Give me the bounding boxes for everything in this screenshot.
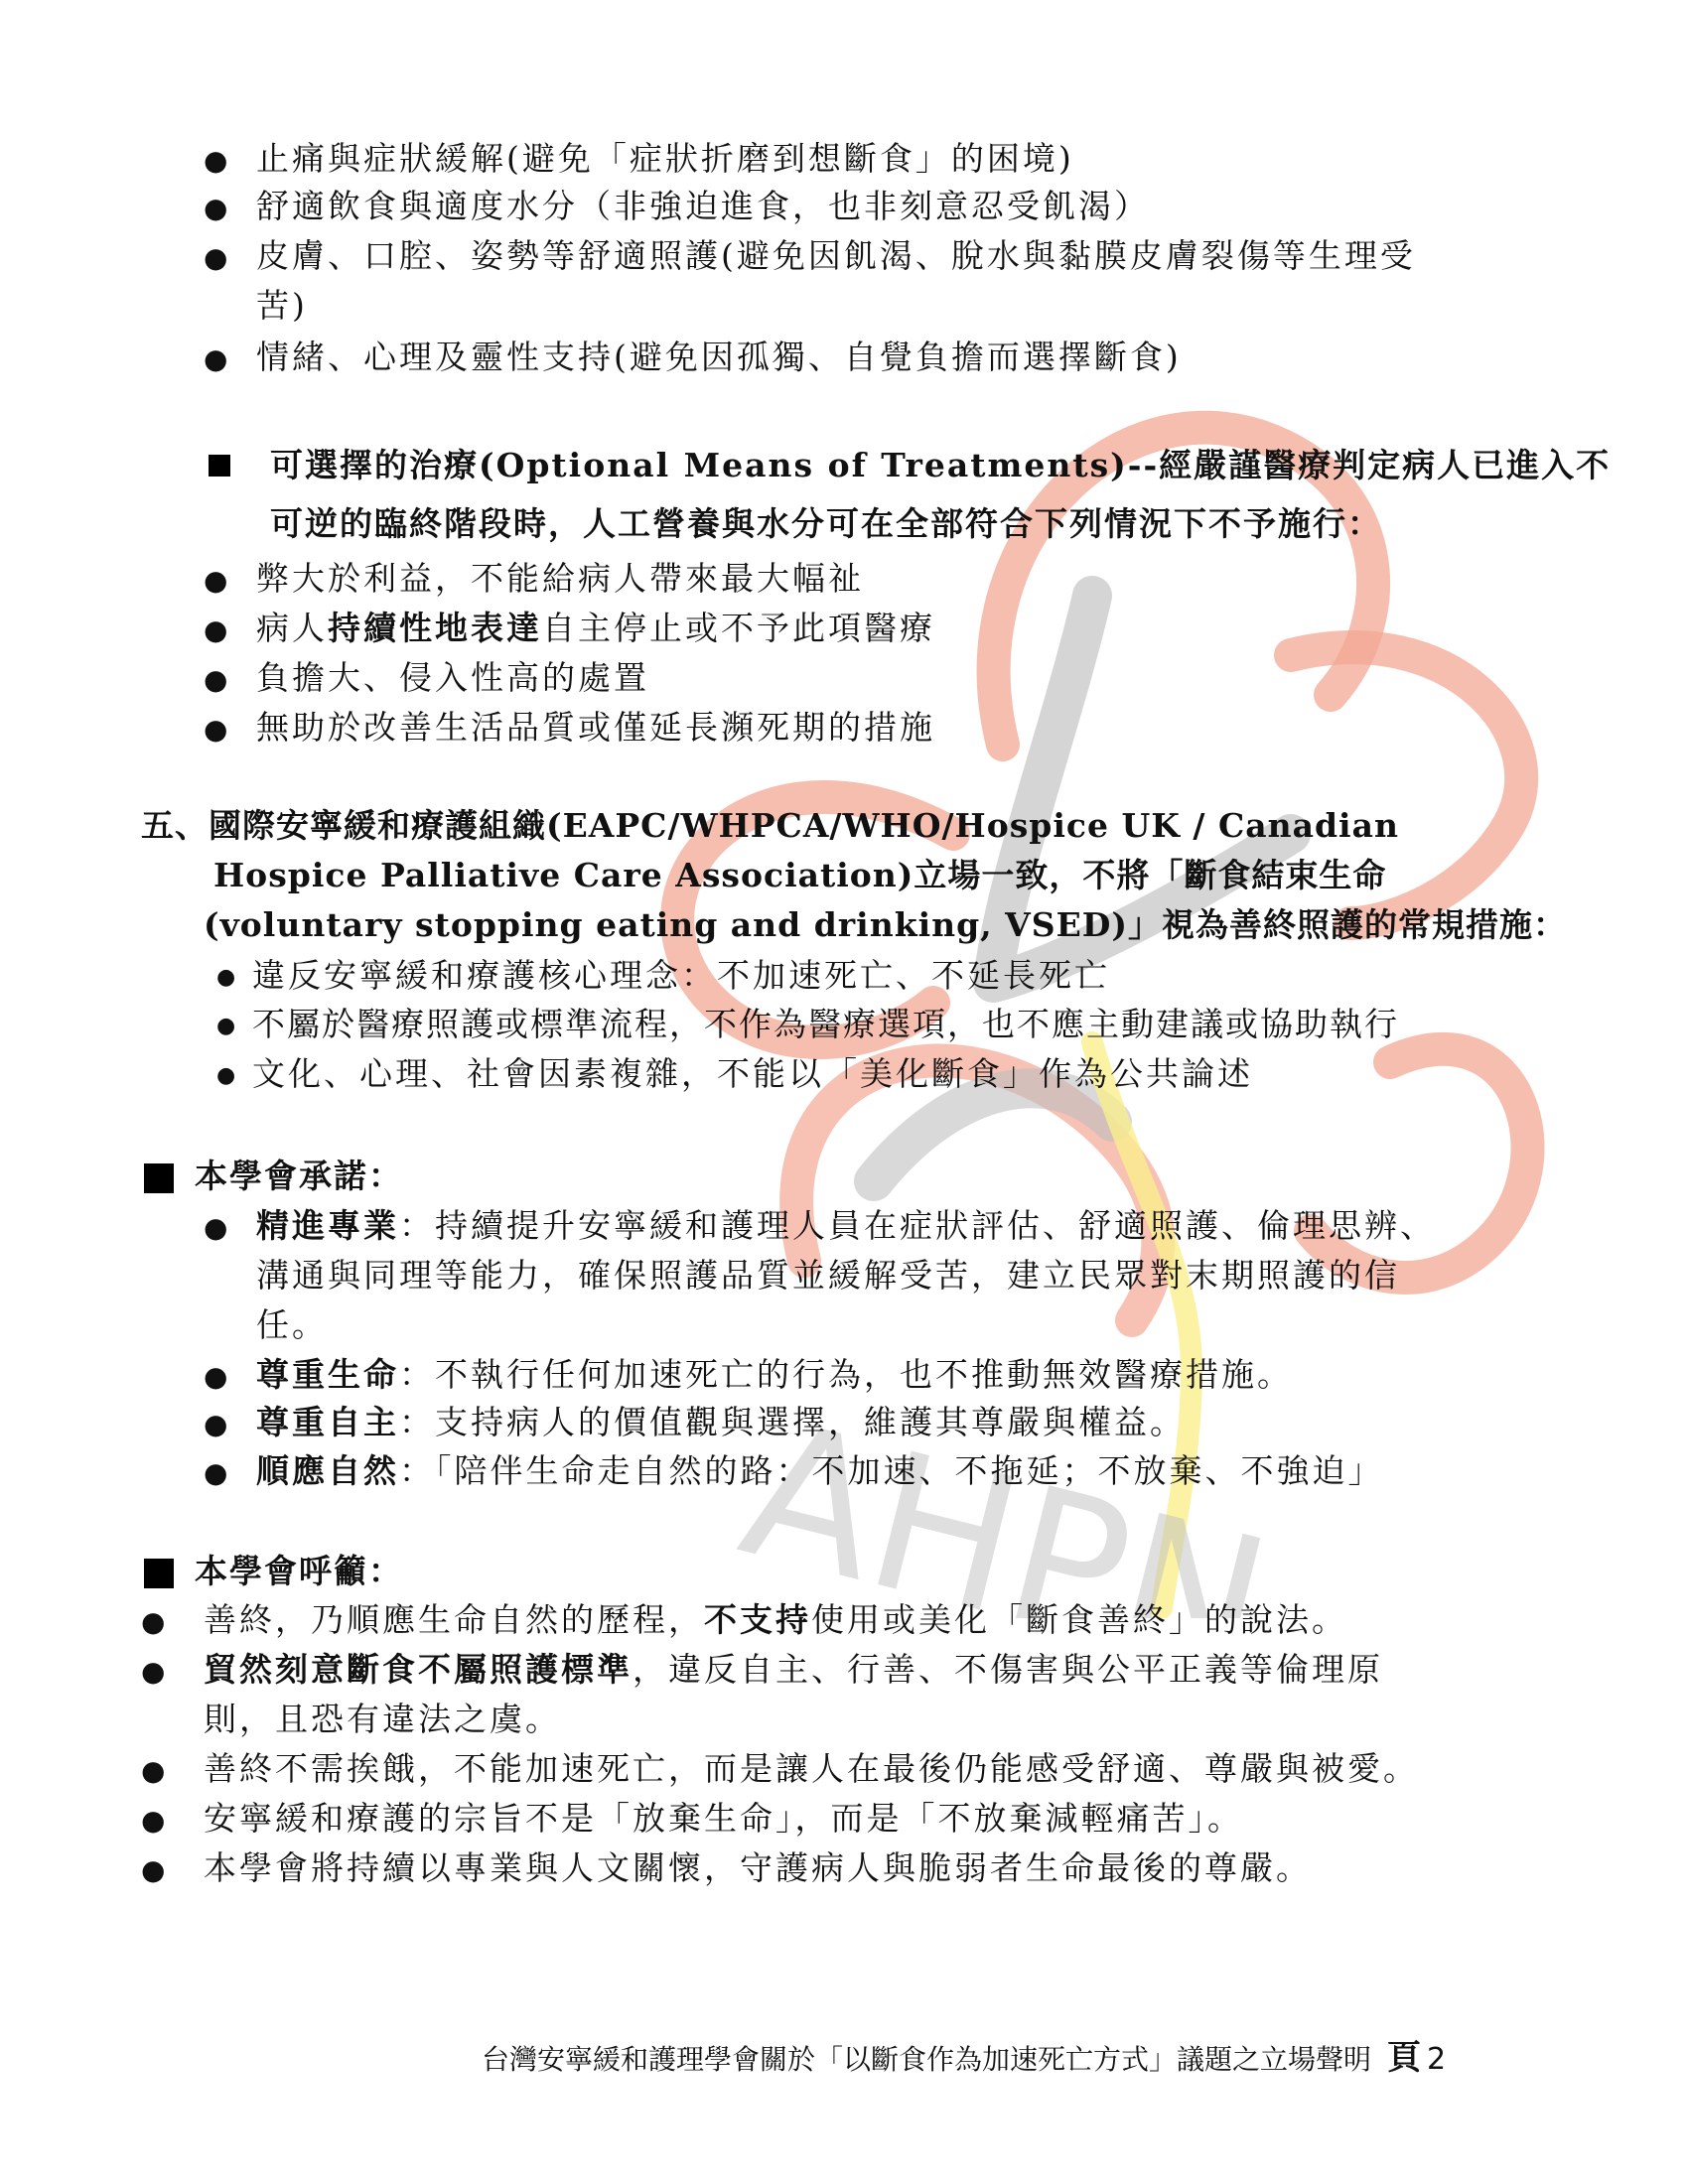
text: 善終，乃順應生命自然的歷程， — [204, 1600, 704, 1639]
page-number: 2 — [1427, 2042, 1446, 2077]
section-heading: 本學會承諾： — [195, 1155, 403, 1198]
emphasis-text: 精進專業 — [256, 1206, 399, 1245]
bullet-icon: ● — [204, 236, 227, 280]
bullet-icon: ● — [204, 559, 227, 603]
bullet-icon: ● — [216, 1005, 235, 1048]
list-item: 負擔大、侵入性高的處置 — [256, 656, 649, 700]
list-item: 皮膚、口腔、姿勢等舒適照護(避免因飢渴、脫水與黏膜皮膚裂傷等生理受 — [256, 234, 1416, 278]
section-heading-continuation: 可逆的臨終階段時，人工營養與水分可在全部符合下列情況下不予施行： — [270, 502, 1382, 546]
emphasis-text: 貿然刻意斷食不屬照護標準 — [204, 1650, 633, 1689]
bullet-icon: ● — [204, 139, 227, 183]
text: ：持續提升安寧緩和護理人員在症狀評估、舒適照護、倫理思辨、 — [399, 1206, 1436, 1245]
section-heading-continuation: (voluntary stopping eating and drinking,… — [204, 903, 1567, 947]
list-item: 尊重生命：不執行任何加速死亡的行為，也不推動無效醫療措施。 — [256, 1353, 1293, 1397]
square-bullet-icon — [144, 1163, 174, 1193]
logo-gray-arc — [874, 1088, 1112, 1181]
emphasis-text: 不支持 — [704, 1600, 811, 1639]
footer-title: 台灣安寧緩和護理學會關於「以斷食作為加速死亡方式」議題之立場聲明 — [482, 2043, 1371, 2076]
list-item: 弊大於利益，不能給病人帶來最大幅祉 — [256, 557, 864, 601]
bullet-icon: ● — [204, 708, 227, 751]
bullet-icon: ● — [204, 1206, 227, 1250]
text: ：「陪伴生命走自然的路：不加速、不拖延；不放棄、不強迫」 — [399, 1451, 1384, 1490]
emphasis-text: 尊重生命 — [256, 1355, 399, 1394]
bullet-icon: ● — [204, 609, 227, 652]
list-item: 善終不需挨餓，不能加速死亡，而是讓人在最後仍能感受舒適、尊嚴與被愛。 — [204, 1747, 1419, 1791]
list-item: 病人持續性地表達自主停止或不予此項醫療 — [256, 607, 935, 650]
bullet-icon: ● — [204, 187, 227, 230]
list-item-continuation: 任。 — [256, 1303, 328, 1347]
text: ，違反自主、行善、不傷害與公平正義等倫理原 — [633, 1650, 1383, 1689]
bullet-icon: ● — [141, 1848, 165, 1892]
list-item: 貿然刻意斷食不屬照護標準，違反自主、行善、不傷害與公平正義等倫理原 — [204, 1648, 1383, 1692]
list-item: 本學會將持續以專業與人文關懷，守護病人與脆弱者生命最後的尊嚴。 — [204, 1846, 1312, 1890]
list-item: 止痛與症狀緩解(避免「症狀折磨到想斷食」的困境) — [256, 137, 1074, 181]
list-item: 順應自然：「陪伴生命走自然的路：不加速、不拖延；不放棄、不強迫」 — [256, 1449, 1384, 1493]
bullet-icon: ● — [216, 1054, 235, 1098]
section-heading-continuation: Hospice Palliative Care Association)立場一致… — [213, 854, 1386, 897]
list-item: 尊重自主：支持病人的價值觀與選擇，維護其尊嚴與權益。 — [256, 1401, 1186, 1444]
section-heading: 五、國際安寧緩和療護組織(EAPC/WHPCA/WHO/Hospice UK /… — [141, 804, 1399, 848]
text: 使用或美化「斷食善終」的說法。 — [811, 1600, 1347, 1639]
list-item-continuation: 溝通與同理等能力，確保照護品質並緩解受苦，建立民眾對末期照護的信 — [256, 1254, 1400, 1297]
bullet-icon: ● — [204, 1403, 227, 1446]
square-bullet-icon — [144, 1559, 174, 1588]
section-heading: 本學會呼籲： — [195, 1550, 403, 1593]
bullet-icon: ● — [204, 658, 227, 702]
list-item-continuation: 則，且恐有違法之虞。 — [204, 1698, 561, 1741]
list-item: 善終，乃順應生命自然的歷程，不支持使用或美化「斷食善終」的說法。 — [204, 1598, 1347, 1642]
list-item: 精進專業：持續提升安寧緩和護理人員在症狀評估、舒適照護、倫理思辨、 — [256, 1204, 1436, 1248]
list-item: 情緒、心理及靈性支持(避免因孤獨、自覺負擔而選擇斷食) — [256, 336, 1182, 379]
list-item: 舒適飲食與適度水分（非強迫進食，也非刻意忍受飢渴） — [256, 185, 1150, 228]
list-item: 安寧緩和療護的宗旨不是「放棄生命」，而是「不放棄減輕痛苦」。 — [204, 1797, 1243, 1841]
bullet-icon: ● — [141, 1650, 165, 1694]
square-bullet-icon — [209, 455, 230, 477]
list-item-continuation: 苦) — [256, 284, 308, 328]
bullet-icon: ● — [216, 956, 235, 1000]
text: ：支持病人的價值觀與選擇，維護其尊嚴與權益。 — [399, 1403, 1186, 1441]
section-heading: 可選擇的治療(Optional Means of Treatments)--經嚴… — [270, 444, 1611, 487]
emphasis-text: 持續性地表達 — [328, 609, 542, 647]
list-item: 無助於改善生活品質或僅延長瀕死期的措施 — [256, 706, 935, 750]
bullet-icon: ● — [204, 338, 227, 381]
list-item: 違反安寧緩和療護核心理念：不加速死亡、不延長死亡 — [252, 954, 1110, 998]
bullet-icon: ● — [141, 1600, 165, 1644]
page-footer: 台灣安寧緩和護理學會關於「以斷食作為加速死亡方式」議題之立場聲明頁2 — [482, 2038, 1446, 2080]
bullet-icon: ● — [141, 1799, 165, 1843]
text: 病人 — [256, 609, 328, 647]
bullet-icon: ● — [204, 1451, 227, 1495]
bullet-icon: ● — [141, 1749, 165, 1793]
emphasis-text: 尊重自主 — [256, 1403, 399, 1441]
list-item: 不屬於醫療照護或標準流程，不作為醫療選項，也不應主動建議或協助執行 — [252, 1003, 1399, 1046]
text: ：不執行任何加速死亡的行為，也不推動無效醫療措施。 — [399, 1355, 1293, 1394]
logo-yellow-stroke — [1092, 1042, 1192, 1608]
list-item: 文化、心理、社會因素複雜，不能以「美化斷食」作為公共論述 — [252, 1052, 1253, 1096]
page-label: 頁 — [1387, 2038, 1421, 2078]
emphasis-text: 順應自然 — [256, 1451, 399, 1490]
bullet-icon: ● — [204, 1355, 227, 1399]
text: 自主停止或不予此項醫療 — [542, 609, 935, 647]
